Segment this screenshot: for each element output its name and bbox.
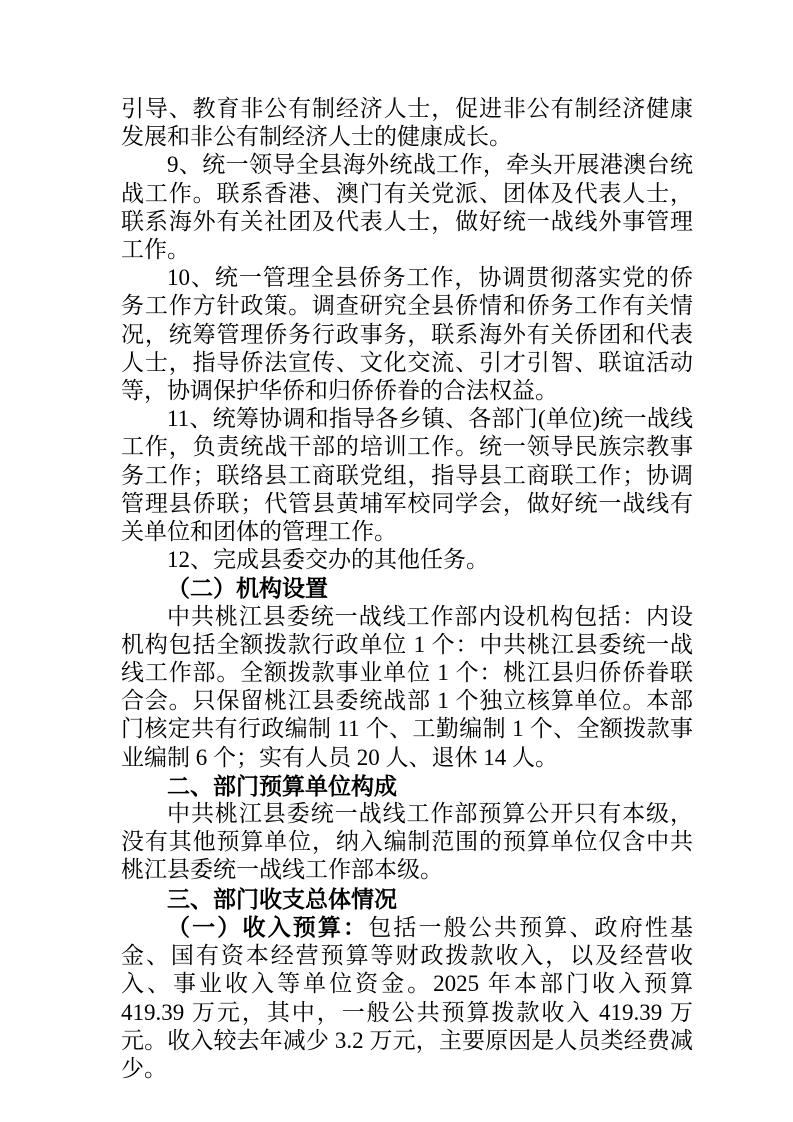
- heading-revenue-expenditure-overview: 三、部门收支总体情况: [121, 885, 693, 913]
- heading-org-setup: （二）机构设置: [121, 574, 693, 602]
- paragraph-item8-continuation: 引导、教育非公有制经济人士，促进非公有制经济健康发展和非公有制经济人士的健康成长…: [121, 95, 693, 151]
- paragraph-item9: 9、统一领导全县海外统战工作，牵头开展港澳台统战工作。联系香港、澳门有关党派、团…: [121, 151, 693, 264]
- paragraph-budget-unit-detail: 中共桃江县委统一战线工作部预算公开只有本级，没有其他预算单位，纳入编制范围的预算…: [121, 800, 693, 885]
- heading-budget-unit-composition: 二、部门预算单位构成: [121, 772, 693, 800]
- revenue-budget-lead-label: （一）收入预算：: [167, 914, 368, 940]
- document-page: 引导、教育非公有制经济人士，促进非公有制经济健康发展和非公有制经济人士的健康成长…: [0, 0, 793, 1122]
- paragraph-org-setup-detail: 中共桃江县委统一战线工作部内设机构包括：内设机构包括全额拨款行政单位 1 个：中…: [121, 603, 693, 772]
- paragraph-item12: 12、完成县委交办的其他任务。: [121, 546, 693, 574]
- paragraph-item10: 10、统一管理全县侨务工作，协调贯彻落实党的侨务工作方针政策。调查研究全县侨情和…: [121, 264, 693, 405]
- document-text-block: 引导、教育非公有制经济人士，促进非公有制经济健康发展和非公有制经济人士的健康成长…: [121, 95, 693, 1083]
- paragraph-item11: 11、统筹协调和指导各乡镇、各部门(单位)统一战线工作，负责统战干部的培训工作。…: [121, 405, 693, 546]
- paragraph-revenue-budget: （一）收入预算：包括一般公共预算、政府性基金、国有资本经营预算等财政拨款收入，以…: [121, 913, 693, 1083]
